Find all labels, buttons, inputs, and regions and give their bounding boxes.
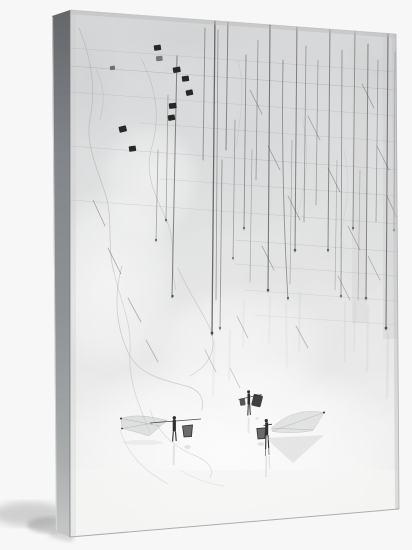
- photo-grain: [70, 10, 400, 538]
- photo-front: [40, 10, 412, 550]
- artwork-svg: [0, 0, 412, 550]
- canvas-print-product-image: [0, 0, 412, 550]
